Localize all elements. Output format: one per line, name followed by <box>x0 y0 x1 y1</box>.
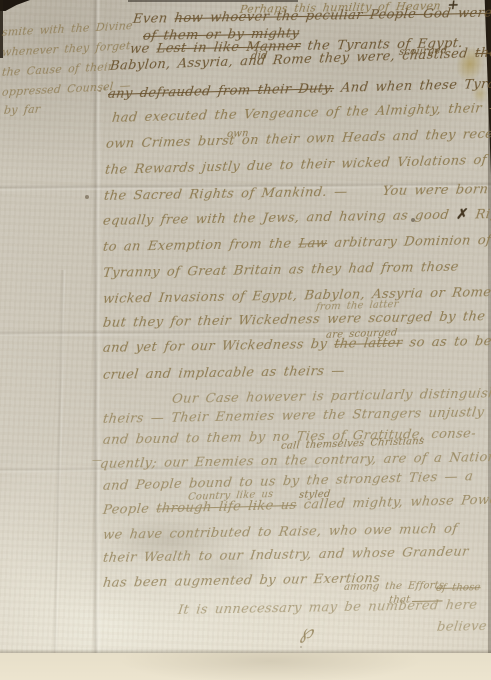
manuscript-line: their Wealth to our Industry, and whose … <box>102 545 470 566</box>
manuscript-line: People through life like us called might… <box>102 492 491 518</box>
text-segment: And when these Tyrants <box>333 76 491 96</box>
text-segment: smite with the Divine <box>1 19 133 39</box>
annotation-mark: ✗ <box>448 206 476 222</box>
text-segment: — <box>91 455 103 466</box>
manuscript-line: Tyranny of Great Britain as they had fro… <box>102 260 460 281</box>
manuscript-scan: Perhaps this humility of Heaven +smite w… <box>0 0 491 680</box>
interlinear-insert: styled <box>298 489 331 501</box>
text-segment: we <box>129 42 157 57</box>
text-segment: how whoever the peculiar People God were <box>174 6 491 27</box>
text-segment: the Rewards justly due to their wicked V… <box>104 153 488 178</box>
margin-note-line: whenever they forget <box>1 39 131 59</box>
text-segment: among the Efforts <box>343 580 444 593</box>
text-segment: to an Exemption from the <box>102 237 299 255</box>
manuscript-line: the Rewards justly due to their wicked V… <box>104 153 488 178</box>
interlinear-insert: of those <box>435 582 481 594</box>
interlinear-insert: own <box>226 128 249 140</box>
text-segment: scourged <box>398 45 447 58</box>
text-segment: Right <box>475 207 491 223</box>
manuscript-line: believe <box>436 619 488 635</box>
text-segment: the Sacred Rights of Mankind. — You were… <box>103 182 489 204</box>
manuscript-line: theirs — Their Enemies were the Stranger… <box>102 405 491 427</box>
manuscript-line: Even how whoever the peculiar People God… <box>132 5 491 27</box>
text-segment: the <box>474 45 491 61</box>
text-segment: did <box>250 50 268 62</box>
text-segment: whenever they forget <box>1 39 131 59</box>
text-segment: quently; our Enemies on the contrary, ar… <box>99 450 491 472</box>
interlinear-insert: - <box>97 86 102 97</box>
margin-note-line: smite with the Divine <box>1 19 133 39</box>
text-segment: that <box>388 595 411 606</box>
manuscript-line: but they for their Wickedness were scour… <box>102 309 491 332</box>
manuscript-line: to an Exemption from the Law arbitrary D… <box>102 233 491 255</box>
text-segment: believe <box>436 619 488 635</box>
text-segment: has been augmented by our Exertions <box>102 571 381 591</box>
margin-note-line: by far <box>3 103 41 117</box>
text-segment: cruel and implacable as theirs — <box>102 364 346 383</box>
text-segment: had executed the Vengeance of the Almigh… <box>111 101 491 126</box>
manuscript-line: any defrauded from their Duty. And when … <box>107 76 491 102</box>
text-segment: and People bound to us by the strongest … <box>102 469 474 494</box>
text-segment: ——— <box>411 595 443 607</box>
text-segment: and yet for our Wickedness by <box>102 337 335 356</box>
text-segment: arbitrary Dominion of <box>326 233 491 251</box>
text-segment: ℘ <box>300 620 314 644</box>
interlinear-insert: ——— <box>411 595 443 607</box>
interlinear-insert: among the Efforts <box>343 580 444 593</box>
manuscript-line: equally free with the Jews, and having a… <box>102 206 491 229</box>
text-segment: styled <box>298 489 331 501</box>
interlinear-insert: scourged <box>398 45 447 58</box>
text-segment: of those <box>435 582 481 594</box>
manuscript-line: quently; our Enemies on the contrary, ar… <box>99 450 491 472</box>
flourish-mark: ℘ <box>300 620 314 644</box>
text-segment: Tyranny of Great Britain as they had fro… <box>102 260 460 281</box>
manuscript-line: has been augmented by our Exertions <box>102 571 381 591</box>
text-segment: by far <box>3 103 41 117</box>
manuscript-line: own Crimes burst on their own Heads and … <box>105 126 491 152</box>
text-segment: we have contributed to Raise, who owe mu… <box>102 522 458 543</box>
text-segment: Even <box>132 11 175 27</box>
manuscript-line: the Sacred Rights of Mankind. — You were… <box>103 182 489 204</box>
margin-note-line: the Cause of their <box>1 60 113 79</box>
text-segment: Law <box>298 236 329 252</box>
interlinear-insert: did <box>250 50 268 62</box>
text-segment: theirs — Their Enemies were the Stranger… <box>102 405 491 427</box>
manuscript-line: Our Case however is particularly disting… <box>171 385 491 407</box>
text-segment: but they for their Wickedness were scour… <box>102 309 491 332</box>
text-segment: their Wealth to our Industry, and whose … <box>102 545 470 566</box>
text-segment: the Cause of their <box>1 60 113 79</box>
manuscript-line: wicked Invasions of Egypt, Babylon, Assy… <box>102 285 491 307</box>
text-segment: own Crimes burst on their own Heads and … <box>105 126 491 152</box>
text-segment: equally free with the Jews, and having a… <box>102 208 450 229</box>
text-segment: People <box>102 502 157 518</box>
manuscript-line: had executed the Vengeance of the Almigh… <box>111 101 491 126</box>
manuscript-line: cruel and implacable as theirs — <box>102 364 346 383</box>
text-segment: wicked Invasions of Egypt, Babylon, Assy… <box>102 285 491 307</box>
text-segment: any defrauded from their Duty. <box>107 81 335 102</box>
handwriting-layer: Perhaps this humility of Heaven +smite w… <box>0 0 491 680</box>
manuscript-line: and People bound to us by the strongest … <box>102 469 474 494</box>
text-segment: Our Case however is particularly disting… <box>171 385 491 407</box>
interlinear-insert: that <box>388 595 411 606</box>
text-segment: own <box>226 128 249 140</box>
text-segment: - <box>97 86 102 97</box>
interlinear-insert: — <box>91 455 103 466</box>
manuscript-line: we have contributed to Raise, who owe mu… <box>102 522 458 543</box>
text-segment: so as to be not <box>402 334 491 351</box>
manuscript-line: and yet for our Wickedness by the latter… <box>102 334 491 356</box>
